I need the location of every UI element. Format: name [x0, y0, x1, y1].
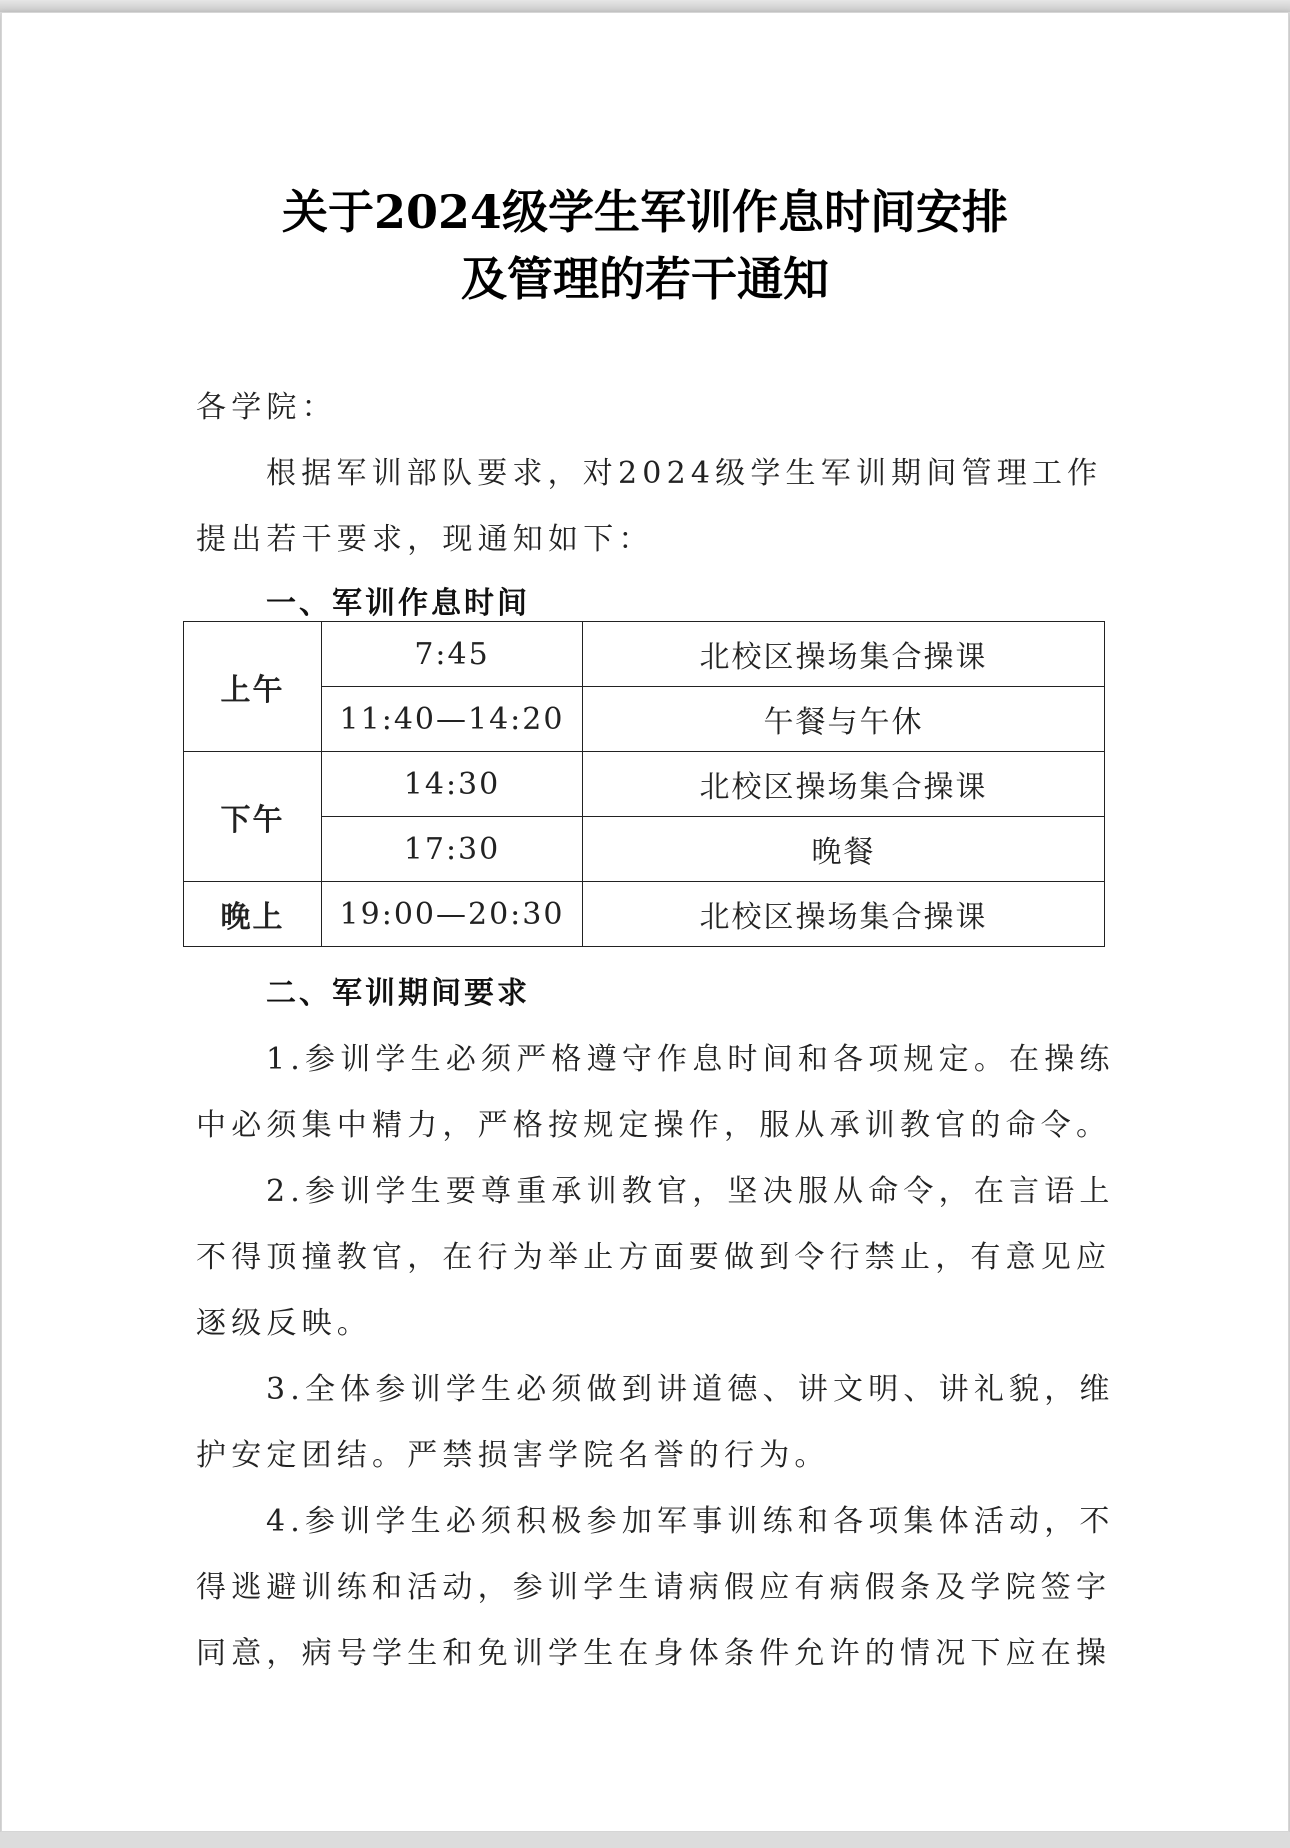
time-cell: 17:30 — [322, 817, 583, 882]
period-cell: 上午 — [184, 622, 322, 752]
intro-line-2: 提出若干要求，现通知如下： — [196, 514, 654, 558]
time-cell: 7:45 — [322, 622, 583, 687]
time-cell: 11:40—14:20 — [322, 687, 583, 752]
requirement-3-line-1: 3.全体参训学生必须做到讲道德、讲文明、讲礼貌，维 — [266, 1364, 1115, 1408]
time-cell: 19:00—20:30 — [322, 882, 583, 947]
section-1-heading: 一、军训作息时间 — [266, 578, 530, 622]
requirement-2-line-1: 2.参训学生要尊重承训教官，坚决服从命令，在言语上 — [266, 1166, 1115, 1210]
requirement-2-line-3: 逐级反映。 — [196, 1298, 372, 1342]
requirement-4-line-1: 4.参训学生必须积极参加军事训练和各项集体活动，不 — [266, 1496, 1115, 1540]
activity-cell: 北校区操场集合操课 — [583, 622, 1105, 687]
salutation: 各学院： — [196, 382, 337, 426]
requirement-1-line-2: 中必须集中精力，严格按规定操作，服从承训教官的命令。 — [196, 1100, 1111, 1144]
document-title-line-1: 关于2024级学生军训作息时间安排 — [0, 176, 1290, 242]
document-title-line-2: 及管理的若干通知 — [0, 243, 1290, 309]
requirement-3-line-2: 护安定团结。严禁损害学院名誉的行为。 — [196, 1430, 830, 1474]
requirement-1-line-1: 1.参训学生必须严格遵守作息时间和各项规定。在操练 — [266, 1034, 1115, 1078]
section-2-heading: 二、军训期间要求 — [266, 968, 530, 1012]
period-cell: 下午 — [184, 752, 322, 882]
table-row: 晚上 19:00—20:30 北校区操场集合操课 — [184, 882, 1105, 947]
viewer-top-edge — [0, 0, 1290, 12]
table-row: 17:30 晚餐 — [184, 817, 1105, 882]
table-row: 上午 7:45 北校区操场集合操课 — [184, 622, 1105, 687]
table-row: 下午 14:30 北校区操场集合操课 — [184, 752, 1105, 817]
time-cell: 14:30 — [322, 752, 583, 817]
table-row: 11:40—14:20 午餐与午休 — [184, 687, 1105, 752]
requirement-4-line-3: 同意，病号学生和免训学生在身体条件允许的情况下应在操 — [196, 1628, 1111, 1672]
requirement-4-line-2: 得逃避训练和活动，参训学生请病假应有病假条及学院签字 — [196, 1562, 1111, 1606]
activity-cell: 晚餐 — [583, 817, 1105, 882]
activity-cell: 北校区操场集合操课 — [583, 882, 1105, 947]
period-cell: 晚上 — [184, 882, 322, 947]
activity-cell: 北校区操场集合操课 — [583, 752, 1105, 817]
requirement-2-line-2: 不得顶撞教官，在行为举止方面要做到令行禁止，有意见应 — [196, 1232, 1111, 1276]
activity-cell: 午餐与午休 — [583, 687, 1105, 752]
schedule-table: 上午 7:45 北校区操场集合操课 11:40—14:20 午餐与午休 下午 1… — [183, 621, 1105, 947]
intro-line-1: 根据军训部队要求，对2024级学生军训期间管理工作 — [266, 448, 1102, 492]
viewer-bottom-edge — [0, 1832, 1290, 1848]
